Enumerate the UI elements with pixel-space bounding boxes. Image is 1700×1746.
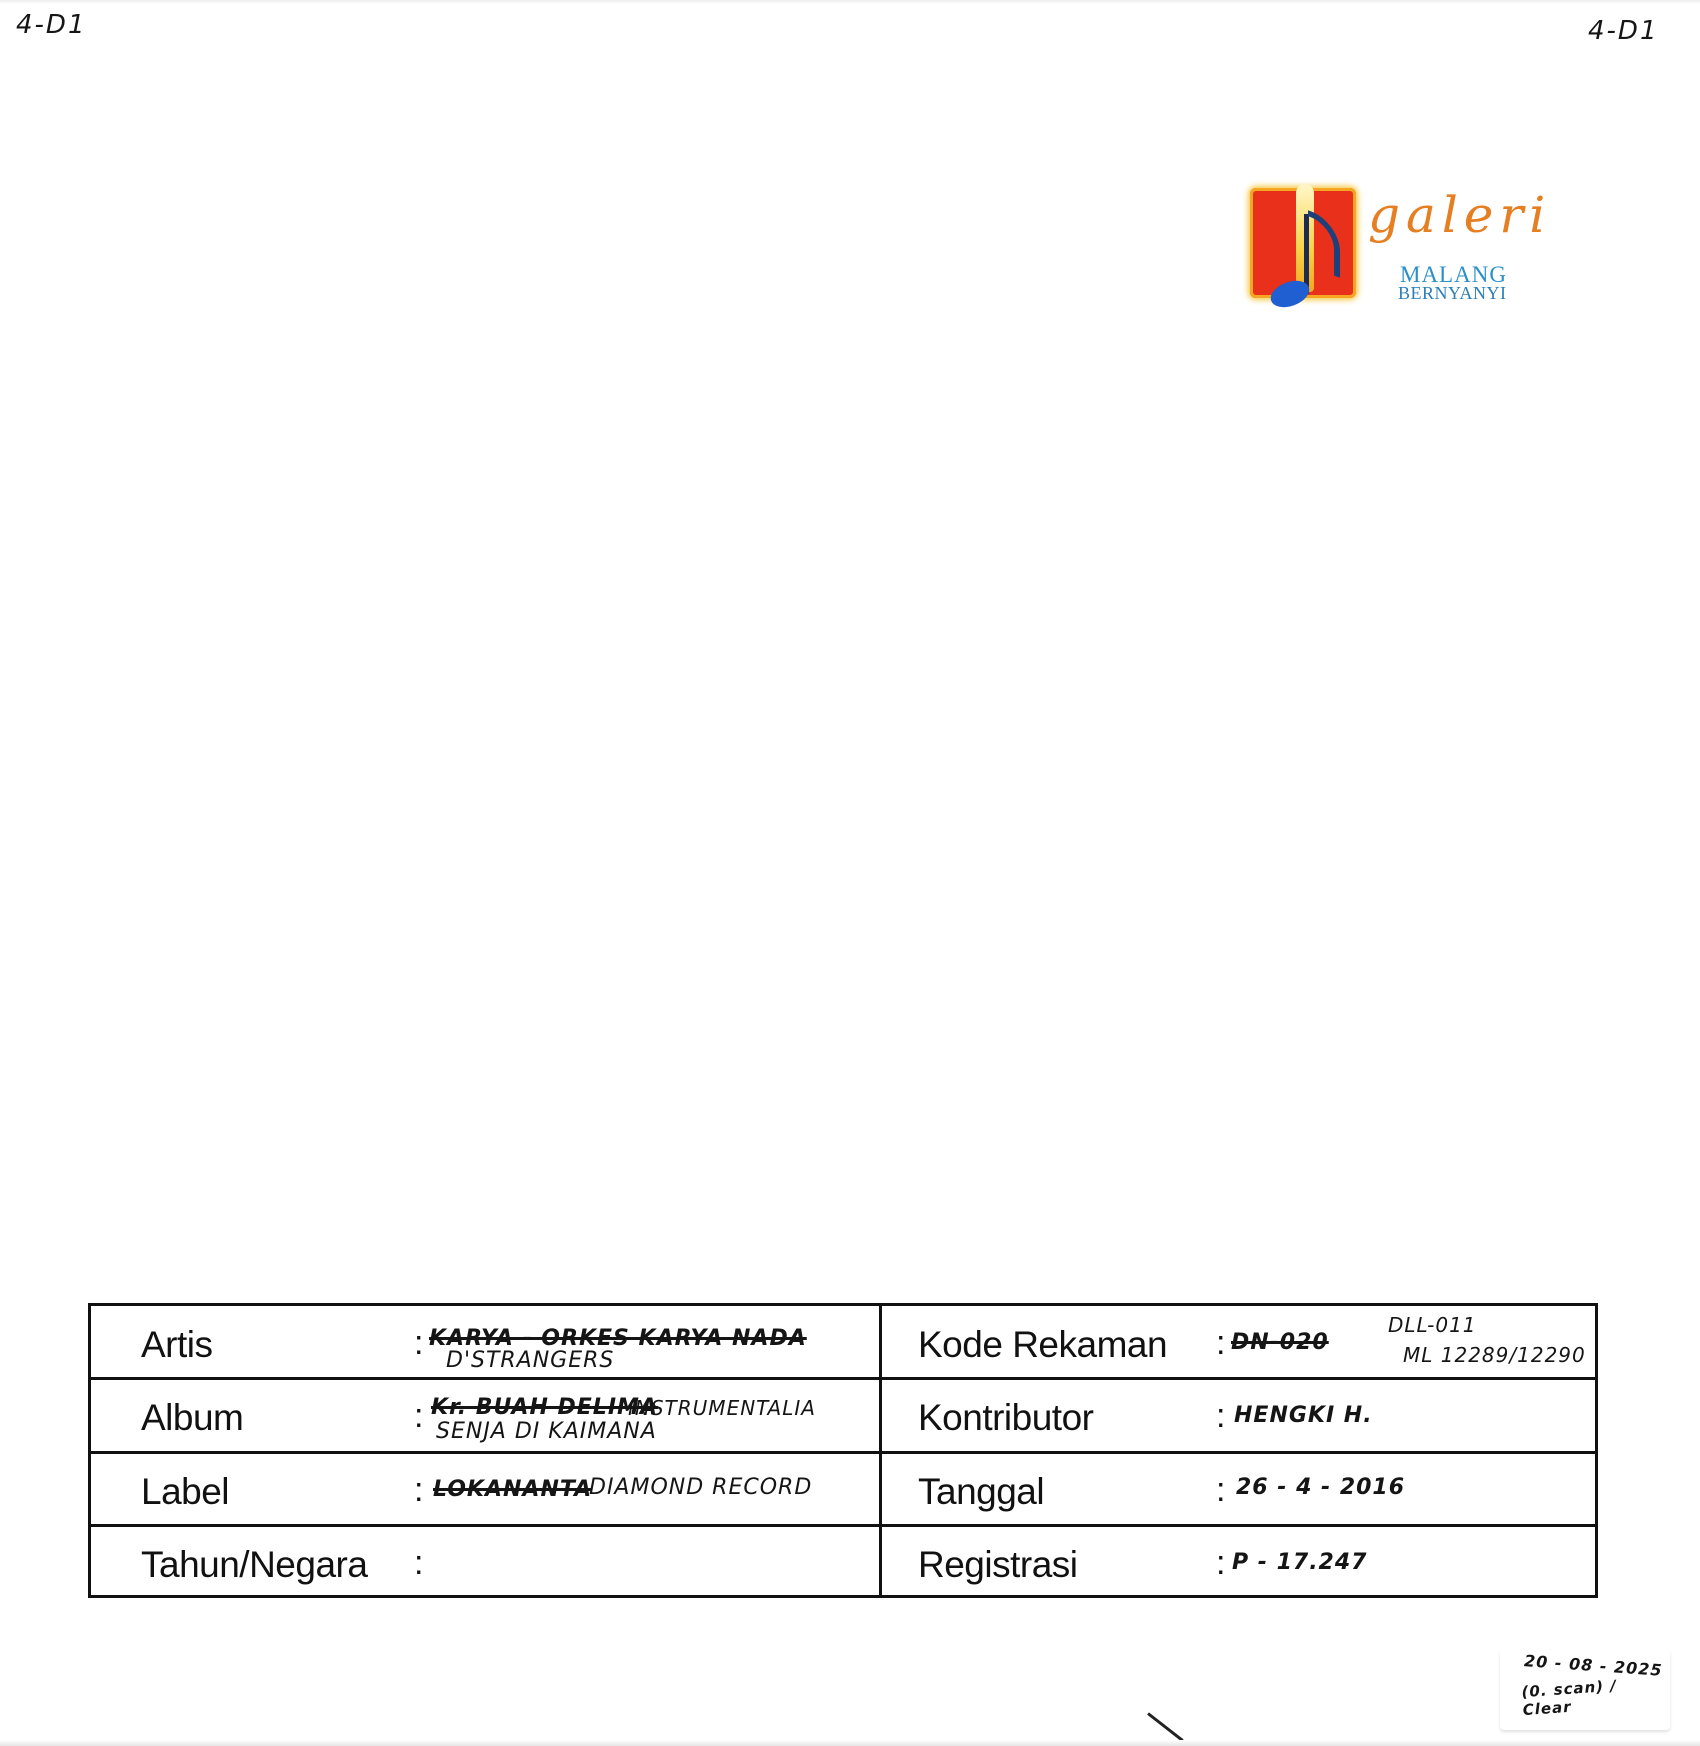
field-label: Kontributor: [918, 1397, 1094, 1439]
struck-value: LOKANANTA: [433, 1479, 592, 1501]
field-album: Album : Kr. BUAH DELIMA INSTRUMENTALIA S…: [141, 1379, 871, 1450]
struck-value: Kr. BUAH DELIMA: [431, 1397, 658, 1419]
page-edge: [0, 0, 1700, 4]
logo-word: galeri: [1368, 186, 1551, 244]
field-value: DLL-011: [1388, 1314, 1477, 1336]
scan-note: (0. scan) / Clear: [1521, 1673, 1671, 1719]
field-kontributor: Kontributor : HENGKI H.: [918, 1379, 1588, 1450]
field-label: Album: [141, 1397, 243, 1439]
logo-subtitle-bernyanyi: BERNYANYI: [1398, 283, 1507, 304]
galeri-malang-bernyanyi-logo: galeri MALANG BERNYANYI: [1248, 184, 1548, 309]
field-value: 26 - 4 - 2016: [1236, 1477, 1405, 1499]
field-tahun-negara: Tahun/Negara :: [141, 1526, 871, 1597]
field-kode-rekaman: Kode Rekaman : DN-020 DLL-011 ML 12289/1…: [918, 1306, 1588, 1377]
field-colon: :: [414, 1471, 423, 1510]
field-colon: :: [414, 1324, 423, 1363]
field-value: INSTRUMENTALIA: [628, 1397, 816, 1419]
field-tanggal: Tanggal : 26 - 4 - 2016: [918, 1453, 1588, 1524]
field-label-record: Label : LOKANANTA DIAMOND RECORD: [141, 1453, 871, 1524]
field-value: P - 17.247: [1232, 1552, 1367, 1574]
field-colon: :: [414, 1397, 423, 1436]
field-label: Artis: [141, 1324, 213, 1366]
field-registrasi: Registrasi : P - 17.247: [918, 1526, 1588, 1597]
field-value: D'STRANGERS: [446, 1350, 614, 1372]
field-colon: :: [414, 1544, 423, 1583]
field-value-line2: SENJA DI KAIMANA: [436, 1421, 657, 1443]
corner-mark-top-right: 4-D1: [1588, 16, 1659, 46]
field-value: DIAMOND RECORD: [589, 1477, 812, 1499]
field-label: Kode Rekaman: [918, 1324, 1167, 1366]
page-edge: [0, 1740, 1700, 1746]
field-label: Tanggal: [918, 1471, 1044, 1513]
field-colon: :: [1216, 1397, 1225, 1436]
struck-value: KARYA - ORKES KARYA NADA: [429, 1328, 807, 1350]
field-value-line2: ML 12289/12290: [1403, 1344, 1586, 1366]
field-artis: Artis : KARYA - ORKES KARYA NADA D'STRAN…: [141, 1306, 871, 1377]
record-info-table: Artis : KARYA - ORKES KARYA NADA D'STRAN…: [88, 1303, 1598, 1598]
field-colon: :: [1216, 1471, 1225, 1510]
field-label: Registrasi: [918, 1544, 1078, 1586]
scan-date-sticker: 20 - 08 - 2025 (0. scan) / Clear: [1500, 1650, 1670, 1730]
field-colon: :: [1216, 1544, 1225, 1583]
field-label: Tahun/Negara: [141, 1544, 367, 1586]
corner-mark-top-left: 4-D1: [16, 10, 87, 40]
field-label: Label: [141, 1471, 229, 1513]
pen-stroke-mark: [1147, 1712, 1184, 1741]
field-value: HENGKI H.: [1234, 1405, 1373, 1427]
field-colon: :: [1216, 1324, 1225, 1363]
struck-value: DN-020: [1231, 1332, 1329, 1354]
